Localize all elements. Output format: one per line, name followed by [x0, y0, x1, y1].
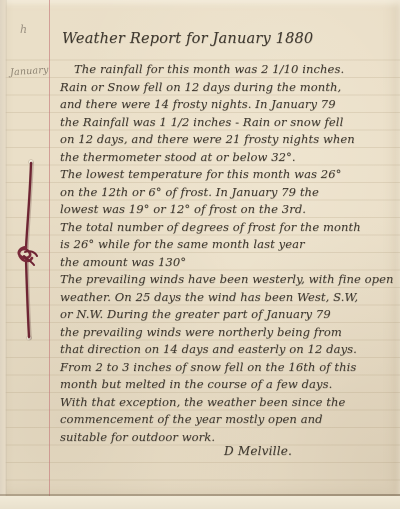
manuscript-photo: h January Weather Report for January 188… — [0, 0, 400, 509]
manuscript-line: the amount was 130° — [60, 254, 398, 272]
manuscript-line: With that exception, the weather been si… — [60, 394, 398, 412]
page-left-edge — [0, 0, 7, 496]
signature: D Melville. — [224, 444, 292, 458]
manuscript-line: on 12 days, and there were 21 frosty nig… — [60, 131, 398, 149]
page-title: Weather Report for January 1880 — [62, 31, 313, 47]
manuscript-line: The prevailing winds have been westerly,… — [60, 271, 398, 289]
manuscript-line: commencement of the year mostly open and — [60, 411, 398, 429]
manuscript-line: The lowest temperature for this month wa… — [60, 166, 398, 184]
manuscript-line: or N.W. During the greater part of Janua… — [60, 306, 398, 324]
report-body: The rainfall for this month was 2 1/10 i… — [60, 61, 398, 446]
manuscript-line: the Rainfall was 1 1/2 inches - Rain or … — [60, 114, 398, 132]
manuscript-line: the thermometer stood at or below 32°. — [60, 149, 398, 167]
manuscript-line: month but melted in the course of a few … — [60, 376, 398, 394]
manuscript-line: The rainfall for this month was 2 1/10 i… — [60, 61, 398, 79]
manuscript-line: is 26° while for the same month last yea… — [60, 236, 398, 254]
manuscript-line: weather. On 25 days the wind has been We… — [60, 289, 398, 307]
manuscript-line: and there were 14 frosty nights. In Janu… — [60, 96, 398, 114]
manuscript-line: From 2 to 3 inches of snow fell on the 1… — [60, 359, 398, 377]
manuscript-line: on the 12th or 6° of frost. In January 7… — [60, 184, 398, 202]
manuscript-line: The total number of degrees of frost for… — [60, 219, 398, 237]
manuscript-line: that direction on 14 days and easterly o… — [60, 341, 398, 359]
manuscript-line: Rain or Snow fell on 12 days during the … — [60, 79, 398, 97]
manuscript-line: the prevailing winds were northerly bein… — [60, 324, 398, 342]
manuscript-line: lowest was 19° or 12° of frost on the 3r… — [60, 201, 398, 219]
margin-pencil-mark: h — [20, 23, 27, 36]
background-strip — [0, 496, 400, 509]
